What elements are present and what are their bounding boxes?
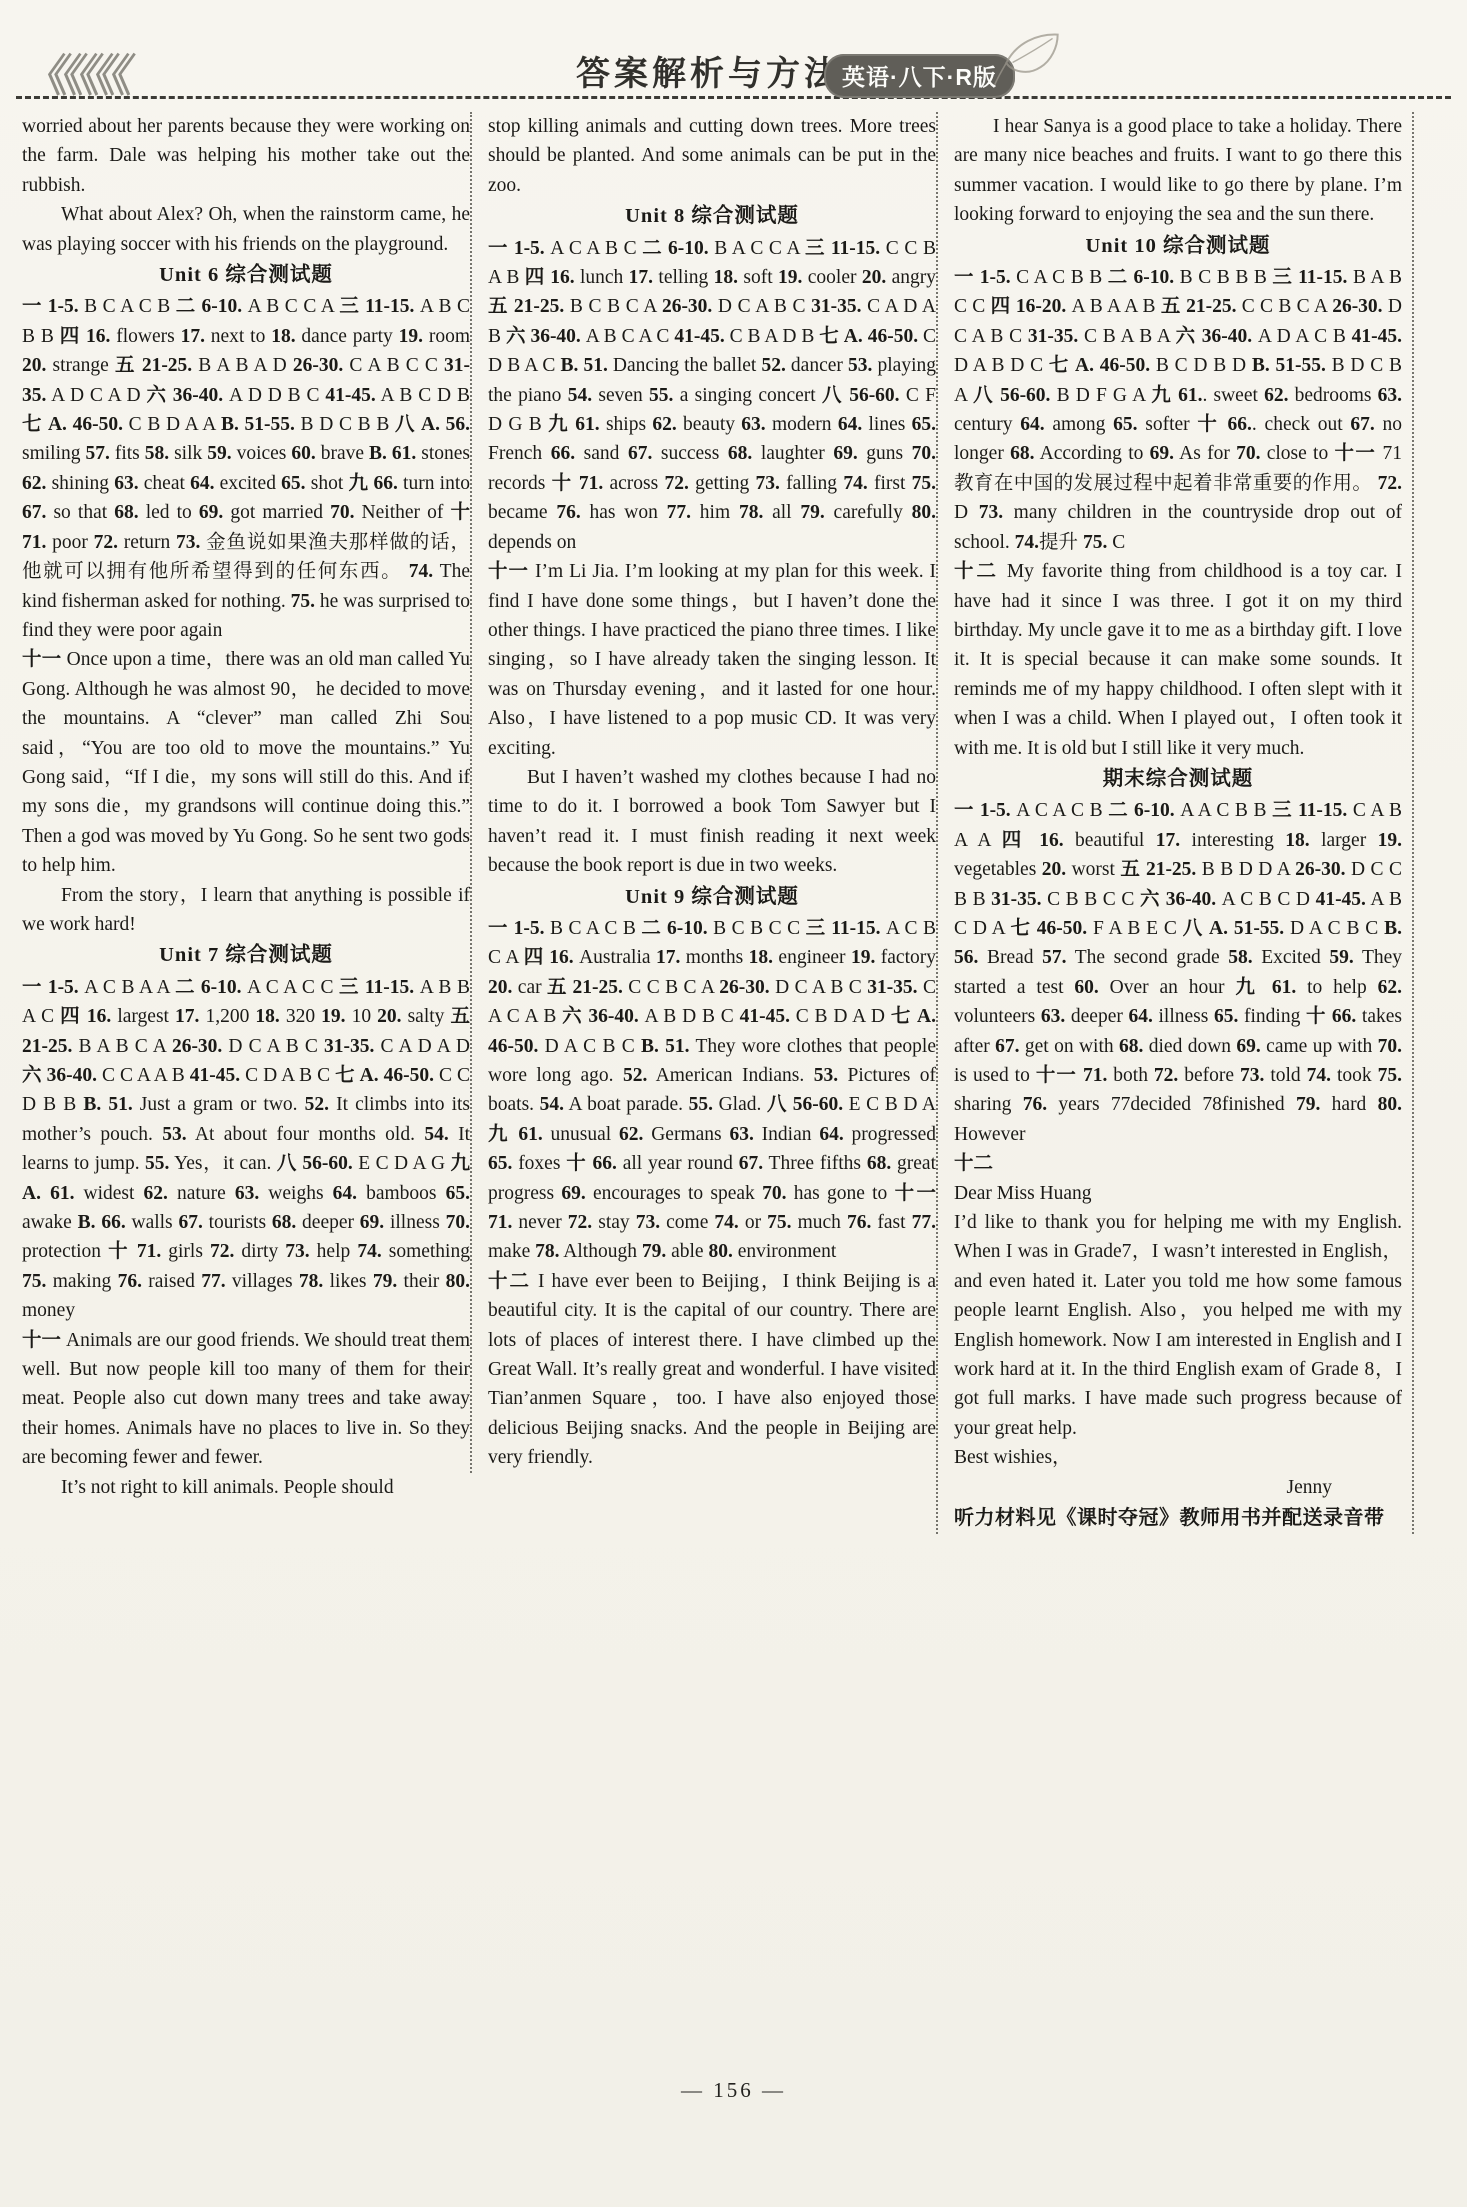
section-heading: Unit 10 综合测试题 bbox=[954, 232, 1402, 261]
paragraph: What about Alex? Oh, when the rainstorm … bbox=[22, 200, 470, 259]
section-heading: Unit 6 综合测试题 bbox=[22, 261, 470, 290]
text-column: stop killing animals and cutting down tr… bbox=[470, 112, 936, 1473]
paragraph: stop killing animals and cutting down tr… bbox=[488, 112, 936, 200]
page-number: — 156 — bbox=[0, 2078, 1467, 2103]
listening-note: 听力材料见《课时夺冠》教师用书并配送录音带 bbox=[954, 1504, 1402, 1533]
answer-block: 一 1-5. A C B A A 二 6-10. A C A C C 三 11-… bbox=[22, 973, 470, 1326]
paragraph: 十一 Once upon a time，there was an old man… bbox=[22, 645, 470, 880]
paragraph: Best wishies， bbox=[954, 1443, 1402, 1472]
text-column: I hear Sanya is a good place to take a h… bbox=[936, 112, 1414, 1534]
answer-block: 一 1-5. B C A C B 二 6-10. A B C C A 三 11-… bbox=[22, 292, 470, 645]
signature: Jenny bbox=[954, 1473, 1402, 1502]
text-column: worried about her parents because they w… bbox=[22, 112, 470, 1502]
section-heading: 期末综合测试题 bbox=[954, 765, 1402, 794]
paragraph: 十二 bbox=[954, 1149, 1402, 1178]
paragraph: I’d like to thank you for helping me wit… bbox=[954, 1208, 1402, 1443]
answer-block: 一 1-5. B C A C B 二 6-10. B C B C C 三 11-… bbox=[488, 914, 936, 1267]
paragraph: worried about her parents because they w… bbox=[22, 112, 470, 200]
paragraph: 十一 Animals are our good friends. We shou… bbox=[22, 1326, 470, 1473]
section-heading: Unit 8 综合测试题 bbox=[488, 202, 936, 231]
section-heading: Unit 7 综合测试题 bbox=[22, 941, 470, 970]
section-heading: Unit 9 综合测试题 bbox=[488, 883, 936, 912]
dashed-divider bbox=[16, 96, 1451, 99]
paragraph: I hear Sanya is a good place to take a h… bbox=[954, 112, 1402, 230]
paragraph: It’s not right to kill animals. People s… bbox=[22, 1473, 470, 1502]
answer-block: 一 1-5. A C A C B 二 6-10. A A C B B 三 11-… bbox=[954, 796, 1402, 1149]
content-columns: worried about her parents because they w… bbox=[22, 112, 1414, 1534]
paragraph: 十二 My favorite thing from childhood is a… bbox=[954, 557, 1402, 763]
paragraph: 十一 I’m Li Jia. I’m looking at my plan fo… bbox=[488, 557, 936, 763]
chevrons-icon: 《《《《《 bbox=[22, 40, 133, 104]
answer-block: 一 1-5. A C A B C 二 6-10. B A C C A 三 11-… bbox=[488, 234, 936, 557]
paragraph: From the story，I learn that anything is … bbox=[22, 881, 470, 940]
scanned-answer-page: 《《《《《 答案解析与方法指导 英语·八下·R版 worried about h… bbox=[0, 0, 1467, 2207]
answer-block: 一 1-5. C A C B B 二 6-10. B C B B B 三 11-… bbox=[954, 263, 1402, 557]
paragraph: 十二 I have ever been to Beijing，I think B… bbox=[488, 1267, 936, 1473]
paragraph: But I haven’t washed my clothes because … bbox=[488, 763, 936, 881]
paragraph: Dear Miss Huang bbox=[954, 1179, 1402, 1208]
